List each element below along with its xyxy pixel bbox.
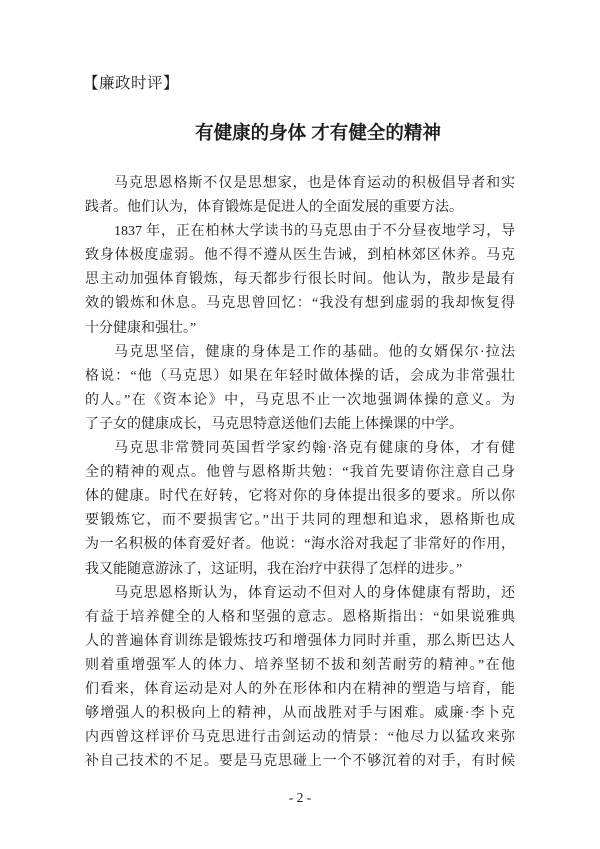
- text-line: 人的普遍体育训练是锻炼技巧和增强体力同时并重，那么斯巴达人: [85, 630, 515, 654]
- text-line: 我又能随意游泳了，这证明，我在治疗中获得了怎样的进步。”: [85, 558, 515, 582]
- document-page: 【廉政时评】 有健康的身体 才有健全的精神 马克思恩格斯不仅是思想家，也是体育运…: [0, 0, 600, 849]
- text-line: 全的精神的观点。他曾与恩格斯共勉：“我首先要请你注意自己身: [85, 461, 515, 485]
- text-line: 要锻炼它，而不要损害它。”出于共同的理想和追求，恩格斯也成: [85, 509, 515, 533]
- document-title: 有健康的身体 才有健全的精神: [85, 121, 515, 144]
- document-body: 马克思恩格斯不仅是思想家，也是体育运动的积极倡导者和实 践者。他们认为，体育锻炼…: [85, 172, 515, 774]
- text-line: 1837 年，正在柏林大学读书的马克思由于不分昼夜地学习，导: [85, 220, 515, 244]
- text-line: 内西曾这样评价马克思进行击剑运动的情景：“他尽力以猛攻来弥: [85, 726, 515, 750]
- text-line: 马克思非常赞同英国哲学家约翰·洛克有健康的身体，才有健: [85, 437, 515, 461]
- text-line: 马克思恩格斯认为，体育运动不但对人的身体健康有帮助，还: [85, 582, 515, 606]
- text-line: 马克思恩格斯不仅是思想家，也是体育运动的积极倡导者和实: [85, 172, 515, 196]
- text-line: 马克思坚信，健康的身体是工作的基础。他的女婿保尔·拉法: [85, 341, 515, 365]
- section-tag: 【廉政时评】: [83, 74, 179, 93]
- text-line: 们看来，体育运动是对人的外在形体和内在精神的塑造与培育，能: [85, 678, 515, 702]
- text-line: 补自己技术的不足。要是马克思碰上一个不够沉着的对手，有时候: [85, 750, 515, 774]
- text-line: 够增强人的积极向上的精神，从而战胜对手与困难。威廉·李卜克: [85, 702, 515, 726]
- text-line: 体的健康。时代在好转，它将对你的身体提出很多的要求。所以你: [85, 485, 515, 509]
- text-line: 了子女的健康成长，马克思特意送他们去能上体操课的中学。: [85, 413, 515, 437]
- text-line: 十分健康和强壮。”: [85, 317, 515, 341]
- text-line: 的人。”在《资本论》中，马克思不止一次地强调体操的意义。为: [85, 389, 515, 413]
- page-number: - 2 -: [0, 789, 600, 806]
- text-line: 为一名积极的体育爱好者。他说：“海水浴对我起了非常好的作用，: [85, 533, 515, 557]
- text-line: 格说：“他（马克思）如果在年轻时做体操的话，会成为非常强壮: [85, 365, 515, 389]
- text-line: 效的锻炼和休息。马克思曾回忆：“我没有想到虚弱的我却恢复得: [85, 292, 515, 316]
- text-line: 则着重增强军人的体力、培养坚韧不拔和刻苦耐劳的精神。”在他: [85, 654, 515, 678]
- text-line: 思主动加强体育锻炼，每天都步行很长时间。他认为，散步是最有: [85, 268, 515, 292]
- text-line: 践者。他们认为，体育锻炼是促进人的全面发展的重要方法。: [85, 196, 515, 220]
- text-line: 致身体极度虚弱。他不得不遵从医生告诫，到柏林郊区休养。马克: [85, 244, 515, 268]
- text-line: 有益于培养健全的人格和坚强的意志。恩格斯指出：“如果说雅典: [85, 606, 515, 630]
